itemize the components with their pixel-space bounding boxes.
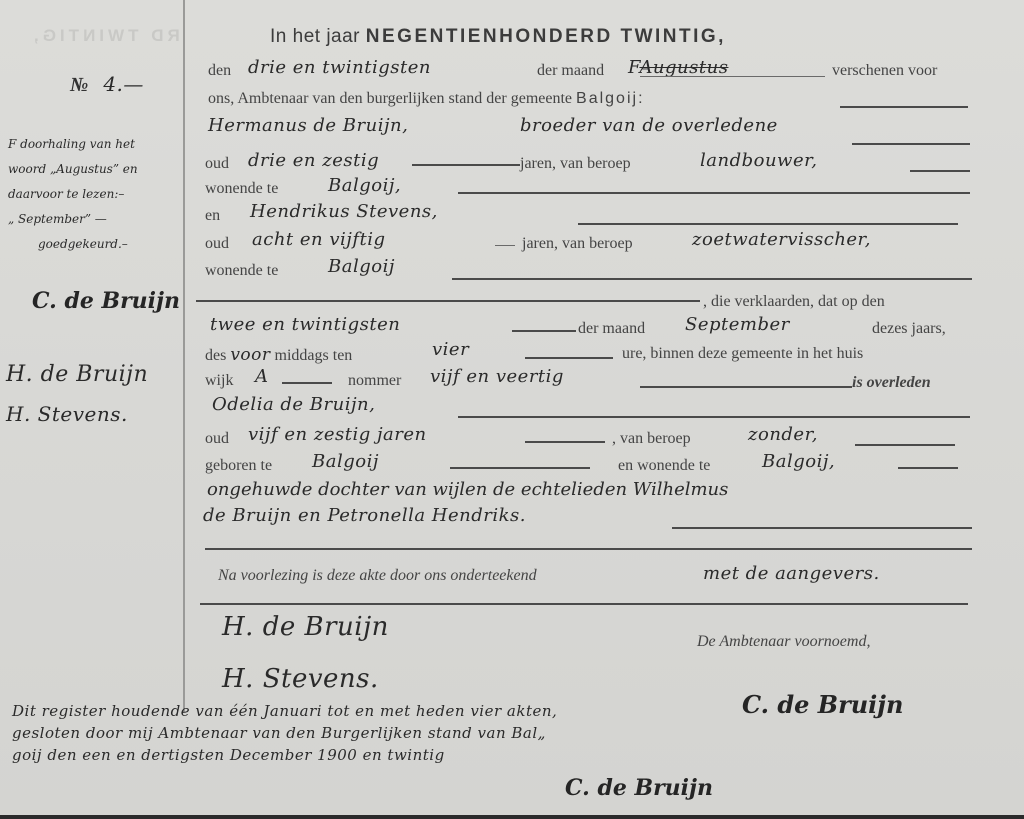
hw-declarant1-occupation: landbouwer,	[700, 150, 817, 171]
hw-declarant2-name: Hendrikus Stevens,	[250, 201, 438, 222]
act-number: № 4.—	[70, 72, 144, 97]
printed-die-verklaarden: , die verklaarden, dat op den	[703, 293, 885, 311]
hw-parents-line1: ongehuwde dochter van wijlen de echtelie…	[207, 479, 728, 500]
hw-hour: vier	[432, 339, 469, 360]
printed-is-overleden: is overleden	[852, 374, 931, 392]
hw-parents-line2: de Bruijn en Petronella Hendriks.	[203, 505, 526, 526]
margin-signature-2: H. Stevens.	[6, 402, 128, 426]
margin-signature-1: H. de Bruijn	[6, 362, 148, 387]
hw-signed-with: met de aangevers.	[703, 563, 880, 584]
hw-declarant1-name: Hermanus de Bruijn,	[208, 115, 408, 136]
signature-official: C. de Bruijn	[742, 690, 903, 719]
printed-dezes-jaars: dezes jaars,	[872, 320, 946, 338]
hw-month-struck-text: Augustus	[639, 57, 728, 78]
printed-jaren-beroep-1: jaren, van beroep	[520, 155, 631, 173]
printed-den: den	[208, 62, 231, 80]
hw-deceased-residence: Balgoij,	[762, 451, 835, 472]
closing-note-line: Dit register houdende van één Januari to…	[12, 700, 557, 722]
closing-signature: C. de Bruijn	[565, 775, 713, 801]
printed-oud-2: oud	[205, 235, 229, 253]
margin-note-line: goedgekeurd.–	[8, 232, 138, 257]
margin-note-line: daarvoor te lezen:–	[8, 182, 138, 207]
hw-deceased-occupation: zonder,	[748, 424, 818, 445]
document-page: RD TWINTIG, № 4.— In het jaar NEGENTIENH…	[0, 0, 1024, 819]
hw-declarant2-residence: Balgoij	[328, 256, 395, 277]
hw-death-month: September	[685, 314, 790, 335]
hw-declarant2-occupation: zoetwatervisscher,	[692, 229, 871, 250]
hw-declarant1-age: drie en zestig	[248, 150, 379, 171]
hw-house-number: vijf en veertig	[430, 366, 564, 387]
printed-van-beroep: , van beroep	[612, 430, 691, 448]
act-number-label: №	[70, 74, 88, 96]
margin-signature-official: C. de Bruijn	[32, 288, 180, 314]
closing-note-line: gesloten door mij Ambtenaar van den Burg…	[12, 722, 557, 744]
printed-jaren-beroep-2: jaren, van beroep	[522, 235, 633, 253]
printed-nommer: nommer	[348, 372, 401, 390]
margin-note-line: woord „Augustus” en	[8, 157, 138, 182]
hw-declarant1-relation: broeder van de overledene	[520, 115, 778, 136]
hw-deceased-age: vijf en zestig jaren	[248, 424, 427, 445]
closing-note-line: goij den een en dertigsten December 1900…	[12, 744, 557, 766]
printed-verschenen-voor: verschenen voor	[832, 62, 937, 80]
printed-oud-1: oud	[205, 155, 229, 173]
margin-note-line: „ September” —	[8, 207, 138, 232]
header-year: NEGENTIENHONDERD TWINTIG,	[366, 26, 726, 47]
printed-gemeente: Balgoij:	[576, 90, 644, 107]
margin-note-line: F doorhaling van het	[8, 132, 138, 157]
hw-wijk: A	[255, 366, 269, 387]
header-prefix: In het jaar	[270, 26, 360, 47]
scan-edge	[0, 815, 1024, 819]
printed-ambtenaar-voornoemd: De Ambtenaar voornoemd,	[697, 633, 870, 651]
printed-der-maand: der maand	[537, 62, 604, 80]
header-title: In het jaar NEGENTIENHONDERD TWINTIG,	[270, 26, 726, 48]
closing-note: Dit register houdende van één Januari to…	[12, 700, 557, 766]
margin-divider	[183, 0, 185, 712]
hw-deceased-birthplace: Balgoij	[312, 451, 379, 472]
printed-ons-ambtenaar: ons, Ambtenaar van den burgerlijken stan…	[208, 90, 645, 108]
printed-geboren-te: geboren te	[205, 457, 272, 475]
bleed-through-text: RD TWINTIG,	[30, 26, 180, 46]
printed-wonende-te-2: wonende te	[205, 262, 278, 280]
signature-declarant2: H. Stevens.	[222, 664, 379, 694]
hw-deceased-name: Odelia de Bruijn,	[212, 394, 375, 415]
printed-wonende-te-1: wonende te	[205, 180, 278, 198]
printed-des: des voor middags ten	[205, 345, 352, 365]
hw-declarant2-age: acht en vijftig	[252, 229, 386, 250]
hw-month-struck: FAugustus	[628, 57, 728, 78]
printed-der-maand-2: der maand	[578, 320, 645, 338]
printed-en-wonende-te: en wonende te	[618, 457, 710, 475]
margin-note: F doorhaling van het woord „Augustus” en…	[8, 132, 138, 257]
act-number-value: 4.—	[103, 72, 144, 96]
printed-ure-binnen: ure, binnen deze gemeente in het huis	[622, 345, 863, 363]
hw-day: drie en twintigsten	[248, 57, 431, 78]
hw-declarant1-residence: Balgoij,	[328, 175, 401, 196]
signature-declarant1: H. de Bruijn	[222, 612, 389, 642]
printed-en: en	[205, 207, 220, 225]
printed-wijk: wijk	[205, 372, 233, 390]
hw-month-marker: F	[628, 57, 639, 78]
hw-death-day: twee en twintigsten	[210, 314, 400, 335]
hw-time-of-day: voor	[230, 345, 270, 365]
printed-na-voorlezing: Na voorlezing is deze akte door ons onde…	[218, 567, 537, 585]
printed-oud-3: oud	[205, 430, 229, 448]
